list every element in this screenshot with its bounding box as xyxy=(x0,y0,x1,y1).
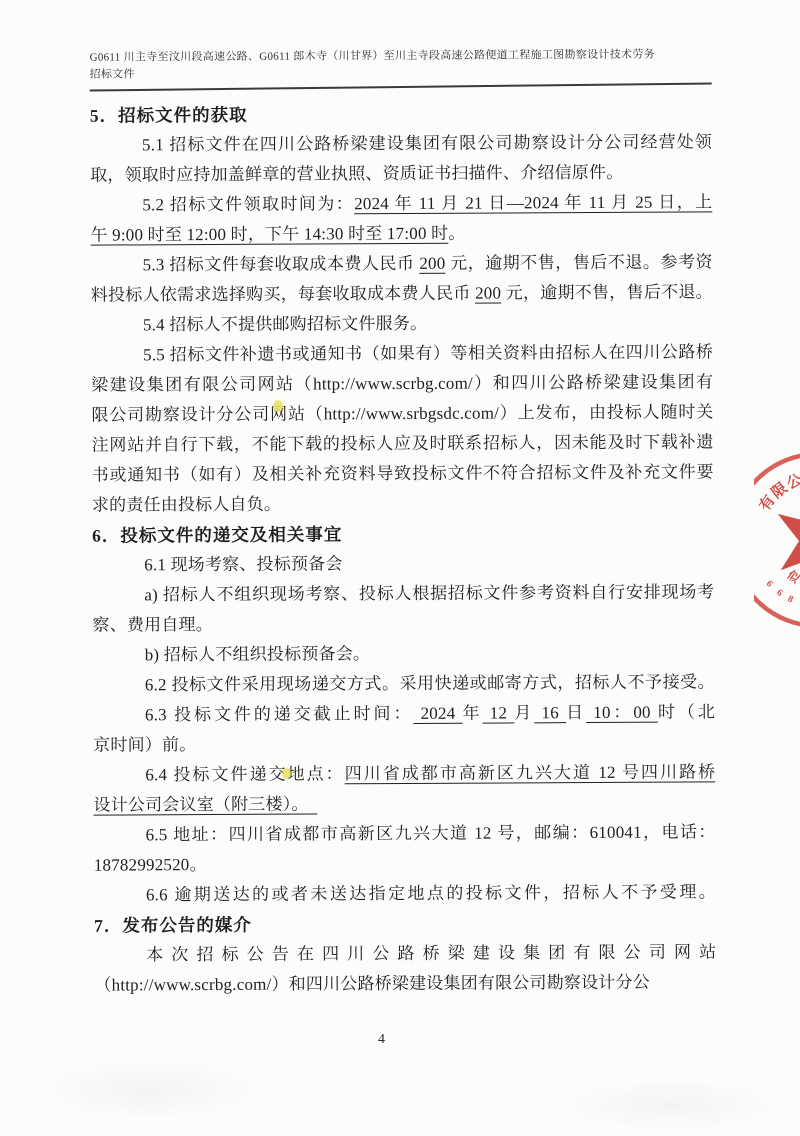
paragraph: 5.4 招标人不提供邮购招标文件服务。 xyxy=(91,307,713,340)
text-line: 5.3 招标文件每套收取成本费人民币 200 元，逾期不售，售后不退。参考资 xyxy=(91,247,713,280)
text-segment: 察、费用自理。 xyxy=(92,615,213,635)
text-line: 7．发布公告的媒介 xyxy=(94,907,716,940)
header-rule xyxy=(90,82,712,91)
text-line: 6.6 逾期送达的或者未送达指定地点的投标文件，招标人不予受理。 xyxy=(94,877,716,910)
scan-highlight-speck xyxy=(273,400,283,412)
text-segment: 6．投标文件的递交及相关事宜 xyxy=(92,524,342,545)
seal-graphic: 有 限 公 似 6 6 8 0 xyxy=(754,450,800,630)
section-heading: 6．投标文件的递交及相关事宜 xyxy=(92,517,714,550)
text-line: 书或通知书（如有）及相关补充资料导致投标文件不符合招标文件及补充文件要 xyxy=(92,457,714,490)
text-segment: 本次招标公告在四川公路桥梁建设集团有限公司网站 xyxy=(146,942,716,964)
text-line: 6.3 投标文件的递交截止时间： 2024 年 12 月 16 日 10：00 … xyxy=(93,697,715,730)
text-line: （http://www.scrbg.com/）和四川公路桥梁建设集团有限公司勘察… xyxy=(94,967,716,1000)
running-header-line2: 招标文件 xyxy=(90,63,712,83)
text-segment: 梁建设集团有限公司网站（http://www.scrbg.com/）和四川公路桥… xyxy=(91,372,713,394)
paragraph: b) 招标人不组织投标预备会。 xyxy=(93,637,715,670)
text-line: 5.1 招标文件在四川公路桥梁建设集团有限公司勘察设计分公司经营处领 xyxy=(90,127,712,160)
text-line: 设计公司会议室（附三楼）。 xyxy=(93,787,715,820)
underlined-text: 200 xyxy=(419,254,445,273)
text-segment: 6.1 现场考察、投标预备会 xyxy=(144,554,342,574)
text-segment: 5.1 招标文件在四川公路桥梁建设集团有限公司勘察设计分公司经营处领 xyxy=(142,132,712,154)
text-segment: 6.3 投标文件的递交截止时间： xyxy=(145,704,413,724)
text-segment: 6.5 地址：四川省成都市高新区九兴大道 12 号，邮编：610041，电话： xyxy=(146,822,716,844)
underlined-text: 12 xyxy=(482,703,514,722)
text-segment: 5.5 招标文件补遗书或通知书（如果有）等相关资料由招标人在四川公路桥 xyxy=(143,342,713,364)
text-segment: （http://www.scrbg.com/）和四川公路桥梁建设集团有限公司勘察… xyxy=(94,973,650,995)
seal-star-icon xyxy=(778,494,800,585)
paragraph: 6.2 投标文件采用现场递交方式。采用快递或邮寄方式，招标人不予接受。 xyxy=(93,667,715,700)
text-line: 6.1 现场考察、投标预备会 xyxy=(92,547,714,580)
text-line: 6．投标文件的递交及相关事宜 xyxy=(92,517,714,550)
text-line: 5．招标文件的获取 xyxy=(90,97,712,130)
underlined-text: 2024 xyxy=(413,704,462,723)
text-line: 注网站并自行下载，不能下载的投标人应及时联系招标人，因未能及时下载补遗 xyxy=(92,427,714,460)
page: { "header": { "line1": "G0611 川主寺至汶川段高速公… xyxy=(0,0,800,1136)
scan-highlight-speck xyxy=(282,768,291,779)
text-segment: 5．招标文件的获取 xyxy=(90,105,248,126)
text-segment: 求的责任由投标人自负。 xyxy=(92,495,281,515)
seal-digit: 8 xyxy=(786,594,795,605)
text-line: 料投标人依需求选择购买，每套收取成本费人民币 200 元，逾期不售，售后不退。 xyxy=(91,277,713,310)
underlined-text: 2024 年 11 月 21 日—2024 年 11 月 25 日，上 xyxy=(354,192,712,213)
text-segment: 6.6 逾期送达的或者未送达指定地点的投标文件，招标人不予受理。 xyxy=(146,882,716,904)
text-segment: 年 xyxy=(463,704,483,723)
text-segment: 5.3 招标文件每套收取成本费人民币 xyxy=(143,254,420,274)
text-line: 京时间）前。 xyxy=(93,727,715,760)
paragraph: 6.4 投标文件递交地点：四川省成都市高新区九兴大道 12 号四川路桥设计公司会… xyxy=(93,757,715,820)
text-line: a) 招标人不组织现场考察、投标人根据招标文件参考资料自行安排现场考 xyxy=(92,577,714,610)
text-line: 梁建设集团有限公司网站（http://www.scrbg.com/）和四川公路桥… xyxy=(91,367,713,400)
paragraph: 本次招标公告在四川公路桥梁建设集团有限公司网站（http://www.scrbg… xyxy=(94,937,716,1000)
paragraph: 6.5 地址：四川省成都市高新区九兴大道 12 号，邮编：610041，电话：1… xyxy=(94,817,716,880)
underlined-text: 午 9:00 时至 12:00 时，下午 14:30 时至 17:00 时 xyxy=(90,224,448,245)
paragraph: 5.3 招标文件每套收取成本费人民币 200 元，逾期不售，售后不退。参考资料投… xyxy=(91,247,713,310)
underlined-text: 200 xyxy=(475,283,501,302)
text-segment: 日 xyxy=(566,703,586,722)
scan-smudge xyxy=(560,1080,780,1130)
text-segment: 5.4 招标人不提供邮购招标文件服务。 xyxy=(143,314,427,334)
section-heading: 5．招标文件的获取 xyxy=(90,97,712,130)
seal-outer-ring xyxy=(754,454,800,626)
text-segment: 元，逾期不售，售后不退。参考资 xyxy=(445,252,712,272)
document-page: G0611 川主寺至汶川段高速公路、G0611 郎木寺（川甘界）至川主寺段高速公… xyxy=(90,46,717,1000)
text-segment: 18782992520。 xyxy=(94,855,207,875)
text-line: 求的责任由投标人自负。 xyxy=(92,487,714,520)
text-segment: 5.2 招标文件领取时间为： xyxy=(142,194,354,214)
paragraph: 6.1 现场考察、投标预备会 xyxy=(92,547,714,580)
document-body: 5．招标文件的获取5.1 招标文件在四川公路桥梁建设集团有限公司勘察设计分公司经… xyxy=(90,97,717,1000)
seal-inner-character: 似 xyxy=(784,567,800,587)
text-line: 取，领取时应持加盖鲜章的营业执照、资质证书扫描件、介绍信原件。 xyxy=(90,157,712,190)
paragraph: 6.6 逾期送达的或者未送达指定地点的投标文件，招标人不予受理。 xyxy=(94,877,716,910)
underlined-text: 设计公司会议室（附三楼）。 xyxy=(93,794,317,814)
seal-digit: 6 xyxy=(764,579,775,589)
text-segment: 时（北 xyxy=(658,702,715,721)
paragraph: 5.5 招标文件补遗书或通知书（如果有）等相关资料由招标人在四川公路桥梁建设集团… xyxy=(91,337,714,520)
text-segment: 月 xyxy=(514,703,534,722)
underlined-text: 16 xyxy=(534,703,566,722)
text-line: 18782992520。 xyxy=(94,847,716,880)
text-line: 6.2 投标文件采用现场递交方式。采用快递或邮寄方式，招标人不予接受。 xyxy=(93,667,715,700)
paragraph: 6.3 投标文件的递交截止时间： 2024 年 12 月 16 日 10：00 … xyxy=(93,697,715,760)
seal-arc-char: 有 xyxy=(755,492,778,515)
underlined-text: 10：00 xyxy=(586,703,658,722)
text-segment: a) 招标人不组织现场考察、投标人根据招标文件参考资料自行安排现场考 xyxy=(144,582,714,604)
text-line: 察、费用自理。 xyxy=(92,607,714,640)
text-segment: 元，逾期不售，售后不退。 xyxy=(501,282,713,302)
text-line: 6.5 地址：四川省成都市高新区九兴大道 12 号，邮编：610041，电话： xyxy=(94,817,716,850)
text-segment: 限公司勘察设计分公司网站（http://www.srbgsdc.com/）上发布… xyxy=(91,402,713,424)
section-heading: 7．发布公告的媒介 xyxy=(94,907,716,940)
paragraph: 5.1 招标文件在四川公路桥梁建设集团有限公司勘察设计分公司经营处领取，领取时应… xyxy=(90,127,712,190)
text-segment: 6.4 投标文件递交地点： xyxy=(145,764,344,784)
text-line: 5.2 招标文件领取时间为：2024 年 11 月 21 日—2024 年 11… xyxy=(90,187,712,220)
text-segment: 6.2 投标文件采用现场递交方式。采用快递或邮寄方式，招标人不予接受。 xyxy=(145,672,715,694)
company-seal-stamp: 有 限 公 似 6 6 8 0 xyxy=(754,450,800,636)
scan-smudge xyxy=(40,1060,260,1120)
text-segment: 注网站并自行下载，不能下载的投标人应及时联系招标人，因未能及时下载补遗 xyxy=(92,432,714,454)
paragraph: a) 招标人不组织现场考察、投标人根据招标文件参考资料自行安排现场考察、费用自理… xyxy=(92,577,714,640)
text-segment: 书或通知书（如有）及相关补充资料导致投标文件不符合招标文件及补充文件要 xyxy=(92,462,714,484)
running-header-line1: G0611 川主寺至汶川段高速公路、G0611 郎木寺（川甘界）至川主寺段高速公… xyxy=(90,46,712,66)
text-line: 本次招标公告在四川公路桥梁建设集团有限公司网站 xyxy=(94,937,716,970)
text-segment: 取，领取时应持加盖鲜章的营业执照、资质证书扫描件、介绍信原件。 xyxy=(90,163,623,185)
text-line: 午 9:00 时至 12:00 时，下午 14:30 时至 17:00 时。 xyxy=(90,217,712,250)
text-line: 5.4 招标人不提供邮购招标文件服务。 xyxy=(91,307,713,340)
text-segment: b) 招标人不组织投标预备会。 xyxy=(145,644,371,664)
text-segment: 京时间）前。 xyxy=(93,735,196,755)
page-number: 4 xyxy=(378,1032,385,1048)
text-segment: 。 xyxy=(448,224,465,243)
text-line: b) 招标人不组织投标预备会。 xyxy=(93,637,715,670)
seal-arc-char: 限 xyxy=(768,479,791,502)
seal-arc-char: 公 xyxy=(784,471,800,493)
underlined-text: 四川省成都市高新区九兴大道 12 号四川路桥 xyxy=(345,762,716,783)
text-segment: 7．发布公告的媒介 xyxy=(94,915,252,936)
text-line: 限公司勘察设计分公司网站（http://www.srbgsdc.com/）上发布… xyxy=(91,397,713,430)
text-segment: 料投标人依需求选择购买，每套收取成本费人民币 xyxy=(91,284,475,305)
text-line: 6.4 投标文件递交地点：四川省成都市高新区九兴大道 12 号四川路桥 xyxy=(93,757,715,790)
text-line: 5.5 招标文件补遗书或通知书（如果有）等相关资料由招标人在四川公路桥 xyxy=(91,337,713,370)
seal-digit: 6 xyxy=(774,588,784,599)
paragraph: 5.2 招标文件领取时间为：2024 年 11 月 21 日—2024 年 11… xyxy=(90,187,712,250)
